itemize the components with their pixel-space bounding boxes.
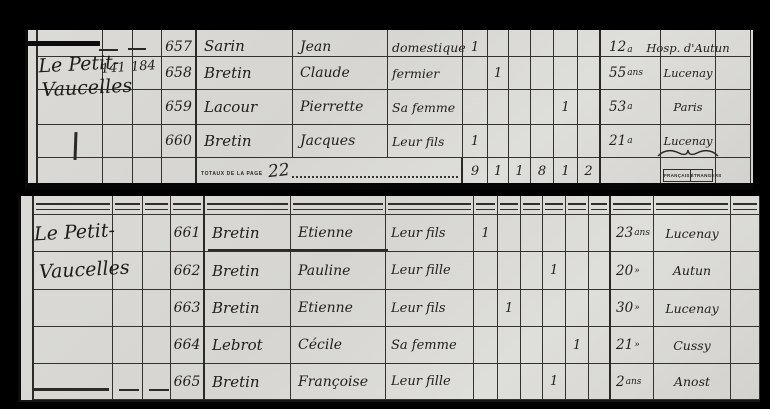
age-unit: » — [634, 303, 640, 313]
ditto-dash — [119, 389, 139, 391]
surname: Bretin — [205, 290, 291, 327]
status-tick-2 — [488, 90, 509, 125]
age-value: 12 — [609, 39, 626, 55]
census-register-scan: { "colors": {"background":"#000000","pap… — [0, 0, 770, 409]
ditto-dash — [128, 48, 146, 50]
status-tick-2 — [498, 364, 521, 400]
age-cell: 30» — [611, 290, 654, 327]
header-stub-cell — [171, 196, 205, 215]
heavy-rule-mark — [28, 41, 100, 46]
place-cell — [34, 364, 113, 400]
surname: Lacour — [197, 90, 293, 125]
place-name: Le Petit- Vaucelles — [33, 218, 130, 285]
birthplace: Lucenay — [661, 57, 716, 90]
status-tick-6 — [589, 327, 611, 364]
status-tick-5 — [566, 252, 589, 290]
relation-or-occupation: Leur fils — [386, 215, 474, 252]
age-cell: 21» — [611, 327, 654, 364]
status-tick-2 — [488, 30, 509, 57]
age-cell: 53a — [601, 90, 661, 125]
individual-number: 664 — [171, 327, 205, 364]
birthplace: Lucenay — [654, 290, 731, 327]
nationality-cell — [731, 252, 760, 290]
household-number-cell — [143, 364, 171, 400]
birthplace: Hosp. d'Autun — [661, 30, 716, 57]
surname: Bretin — [197, 125, 293, 158]
relation-or-occupation: Leur fille — [386, 364, 474, 400]
relation-or-occupation: Leur fils — [388, 125, 463, 158]
household-number-cell — [143, 215, 171, 252]
header-stub-cell — [731, 196, 760, 215]
brace-flourish-icon — [657, 146, 719, 158]
first-name: Claude — [293, 57, 388, 90]
header-stub-cell — [498, 196, 521, 215]
header-stub-cell — [205, 196, 291, 215]
totals-label: TOTAUX DE LA PAGE — [201, 171, 263, 177]
place-cell — [34, 290, 113, 327]
header-stub-cell — [566, 196, 589, 215]
birthplace: Lucenay — [654, 215, 731, 252]
surname: Bretin — [197, 57, 293, 90]
relation-or-occupation: domestique — [388, 30, 463, 57]
status-tick-2: 1 — [488, 57, 509, 90]
total-col-4: 8 — [531, 158, 554, 184]
age-cell — [601, 158, 661, 184]
status-tick-3 — [509, 57, 531, 90]
total-col-6: 2 — [578, 158, 601, 184]
age-cell: 2ans — [611, 364, 654, 400]
age-value: 21 — [616, 337, 633, 353]
status-tick-6 — [578, 57, 601, 90]
status-tick-3 — [521, 327, 543, 364]
household-number-cell — [133, 90, 162, 125]
status-tick-4 — [543, 290, 566, 327]
status-tick-6 — [578, 30, 601, 57]
nationality-cell — [731, 215, 760, 252]
status-tick-6 — [589, 290, 611, 327]
status-tick-4: 1 — [543, 252, 566, 290]
header-stub-cell — [654, 196, 731, 215]
total-col-3: 1 — [509, 158, 531, 184]
surname: Bretin — [205, 215, 291, 252]
table-row: 663 Bretin Etienne Leur fils 1 30» Lucen… — [34, 290, 760, 327]
etrangers-label: ÉTRANGERS — [691, 170, 722, 181]
census-scan-top-band: 657 Sarin Jean domestique 1 12a Hosp. d'… — [25, 30, 753, 190]
header-stub-cell — [143, 196, 171, 215]
status-tick-3 — [521, 364, 543, 400]
nationality-cell — [716, 90, 751, 125]
relation-or-occupation: Sa femme — [386, 327, 474, 364]
first-name: Jean — [293, 30, 388, 57]
header-stub-cell — [589, 196, 611, 215]
status-tick-6 — [578, 125, 601, 158]
first-name: Jacques — [293, 125, 388, 158]
bottom-table-rows: 661 Bretin Etienne Leur fils 1 23ans Luc… — [34, 215, 760, 400]
status-tick-5 — [554, 30, 578, 57]
house-number-cell — [103, 158, 133, 184]
age-unit: a — [627, 45, 632, 55]
individual-number: 660 — [162, 125, 197, 158]
header-stub-cell — [34, 196, 113, 215]
status-tick-5 — [566, 215, 589, 252]
age-unit: » — [634, 266, 640, 276]
status-tick-3 — [509, 90, 531, 125]
first-name: Pierrette — [293, 90, 388, 125]
first-name: Pauline — [291, 252, 386, 290]
status-tick-6 — [589, 364, 611, 400]
first-name: Etienne — [291, 215, 386, 252]
status-tick-2: 1 — [498, 290, 521, 327]
table-row: 659 Lacour Pierrette Sa femme 1 53a Pari… — [38, 90, 753, 125]
surname: Lebrot — [205, 327, 291, 364]
nationality-box-cell: FRANÇAIS ÉTRANGERS — [661, 158, 716, 184]
nationality-cell — [716, 125, 751, 158]
status-tick-1: 1 — [474, 215, 498, 252]
header-stub-cell — [611, 196, 654, 215]
relation-or-occupation: Leur fille — [386, 252, 474, 290]
household-number-cell — [133, 158, 162, 184]
status-tick-1: 1 — [463, 30, 488, 57]
household-number-cell — [133, 30, 162, 57]
place-cell — [38, 125, 103, 158]
status-tick-5 — [566, 364, 589, 400]
household-number: 184 — [131, 58, 157, 75]
status-tick-4 — [543, 327, 566, 364]
table-row: 665 Bretin Françoise Leur fille 1 2ans A… — [34, 364, 760, 400]
name-underline — [208, 249, 388, 251]
status-tick-1 — [463, 90, 488, 125]
first-name: Etienne — [291, 290, 386, 327]
place-name: Le Petit- Vaucelles — [38, 50, 133, 103]
house-number-cell — [113, 290, 143, 327]
birthplace: Paris — [661, 90, 716, 125]
status-tick-3 — [521, 215, 543, 252]
surname: Bretin — [205, 364, 291, 400]
dotted-leader-line — [292, 165, 458, 178]
status-tick-3 — [509, 125, 531, 158]
closing-rule — [33, 388, 109, 391]
status-tick-1 — [474, 327, 498, 364]
nationality-cell — [731, 327, 760, 364]
table-row: 662 Bretin Pauline Leur fille 1 20» Autu… — [34, 252, 760, 290]
totals-value: 22 — [267, 160, 291, 182]
place-cell — [38, 158, 103, 184]
age-value: 53 — [609, 99, 626, 115]
header-stub-cell — [386, 196, 474, 215]
house-number-cell — [113, 364, 143, 400]
status-tick-2 — [488, 125, 509, 158]
relation-or-occupation: Leur fils — [386, 290, 474, 327]
status-tick-4 — [531, 90, 554, 125]
status-tick-2 — [498, 327, 521, 364]
table-row: 664 Lebrot Cécile Sa femme 1 21» Cussy — [34, 327, 760, 364]
status-tick-3 — [521, 290, 543, 327]
status-tick-5 — [566, 290, 589, 327]
age-value: 55 — [609, 65, 626, 81]
status-tick-5 — [554, 125, 578, 158]
status-tick-1 — [463, 57, 488, 90]
number-cell — [162, 158, 197, 184]
status-tick-5: 1 — [566, 327, 589, 364]
age-unit: ans — [626, 377, 642, 387]
relation-or-occupation: Sa femme — [388, 90, 463, 125]
status-tick-4 — [531, 30, 554, 57]
age-value: 30 — [616, 300, 633, 316]
table-row: 661 Bretin Etienne Leur fils 1 23ans Luc… — [34, 215, 760, 252]
status-tick-5 — [554, 57, 578, 90]
header-stub-row — [34, 196, 760, 215]
age-cell: 21a — [601, 125, 661, 158]
surname: Bretin — [205, 252, 291, 290]
individual-number: 661 — [171, 215, 205, 252]
age-value: 23 — [616, 225, 633, 241]
household-number-cell — [143, 290, 171, 327]
age-cell: 23ans — [611, 215, 654, 252]
nationality-cell — [731, 364, 760, 400]
age-cell: 20» — [611, 252, 654, 290]
status-tick-4 — [543, 215, 566, 252]
household-number-cell — [133, 125, 162, 158]
house-number: 141 — [101, 60, 127, 77]
household-number-cell — [143, 327, 171, 364]
first-name: Françoise — [291, 364, 386, 400]
individual-number: 659 — [162, 90, 197, 125]
age-unit: » — [634, 340, 640, 350]
header-stub-cell — [474, 196, 498, 215]
status-tick-1 — [474, 290, 498, 327]
status-tick-3 — [521, 252, 543, 290]
status-tick-4: 1 — [543, 364, 566, 400]
surname: Sarin — [197, 30, 293, 57]
age-value: 2 — [616, 374, 625, 390]
status-tick-1 — [474, 252, 498, 290]
header-stub-cell — [113, 196, 143, 215]
francais-label: FRANÇAIS — [664, 170, 691, 181]
status-tick-6 — [589, 215, 611, 252]
totals-label-cell: TOTAUX DE LA PAGE 22 — [197, 158, 463, 184]
birthplace: Autun — [654, 252, 731, 290]
table-row: 657 Sarin Jean domestique 1 12a Hosp. d'… — [38, 30, 753, 57]
first-name: Cécile — [291, 327, 386, 364]
individual-number: 665 — [171, 364, 205, 400]
individual-number: 662 — [171, 252, 205, 290]
status-tick-6 — [589, 252, 611, 290]
table-row: 660 Bretin Jacques Leur fils 1 21a Lucen… — [38, 125, 753, 158]
header-stub-cell — [521, 196, 543, 215]
status-tick-4 — [531, 57, 554, 90]
individual-number: 658 — [162, 57, 197, 90]
totals-row: TOTAUX DE LA PAGE 22 9 1 1 8 1 2 FRANÇAI… — [38, 158, 753, 184]
age-value: 21 — [609, 133, 626, 149]
house-number-cell — [113, 327, 143, 364]
nationality-cell — [716, 30, 751, 57]
ditto-dash — [149, 389, 169, 391]
status-tick-2 — [498, 252, 521, 290]
status-tick-4 — [531, 125, 554, 158]
status-tick-1 — [474, 364, 498, 400]
nationality-cell — [731, 290, 760, 327]
status-tick-1: 1 — [463, 125, 488, 158]
birthplace: Anost — [654, 364, 731, 400]
age-unit: ans — [627, 68, 643, 78]
age-unit: a — [627, 102, 632, 112]
age-unit: ans — [634, 228, 650, 238]
age-cell: 55ans — [601, 57, 661, 90]
individual-number: 657 — [162, 30, 197, 57]
house-number-cell — [103, 125, 133, 158]
status-tick-2 — [498, 215, 521, 252]
relation-or-occupation: fermier — [388, 57, 463, 90]
household-number-cell — [143, 252, 171, 290]
status-tick-3 — [509, 30, 531, 57]
census-scan-bottom-band: 661 Bretin Etienne Leur fils 1 23ans Luc… — [18, 196, 760, 402]
header-stub-cell — [291, 196, 386, 215]
individual-number: 663 — [171, 290, 205, 327]
total-col-5: 1 — [554, 158, 578, 184]
nationality-cell — [716, 57, 751, 90]
age-value: 20 — [616, 263, 633, 279]
total-col-1: 9 — [463, 158, 488, 184]
status-tick-5: 1 — [554, 90, 578, 125]
total-col-2: 1 — [488, 158, 509, 184]
nationality-header-box: FRANÇAIS ÉTRANGERS — [663, 169, 713, 182]
status-tick-6 — [578, 90, 601, 125]
header-stub-cell — [543, 196, 566, 215]
age-unit: a — [627, 136, 632, 146]
birthplace: Cussy — [654, 327, 731, 364]
place-cell — [34, 327, 113, 364]
